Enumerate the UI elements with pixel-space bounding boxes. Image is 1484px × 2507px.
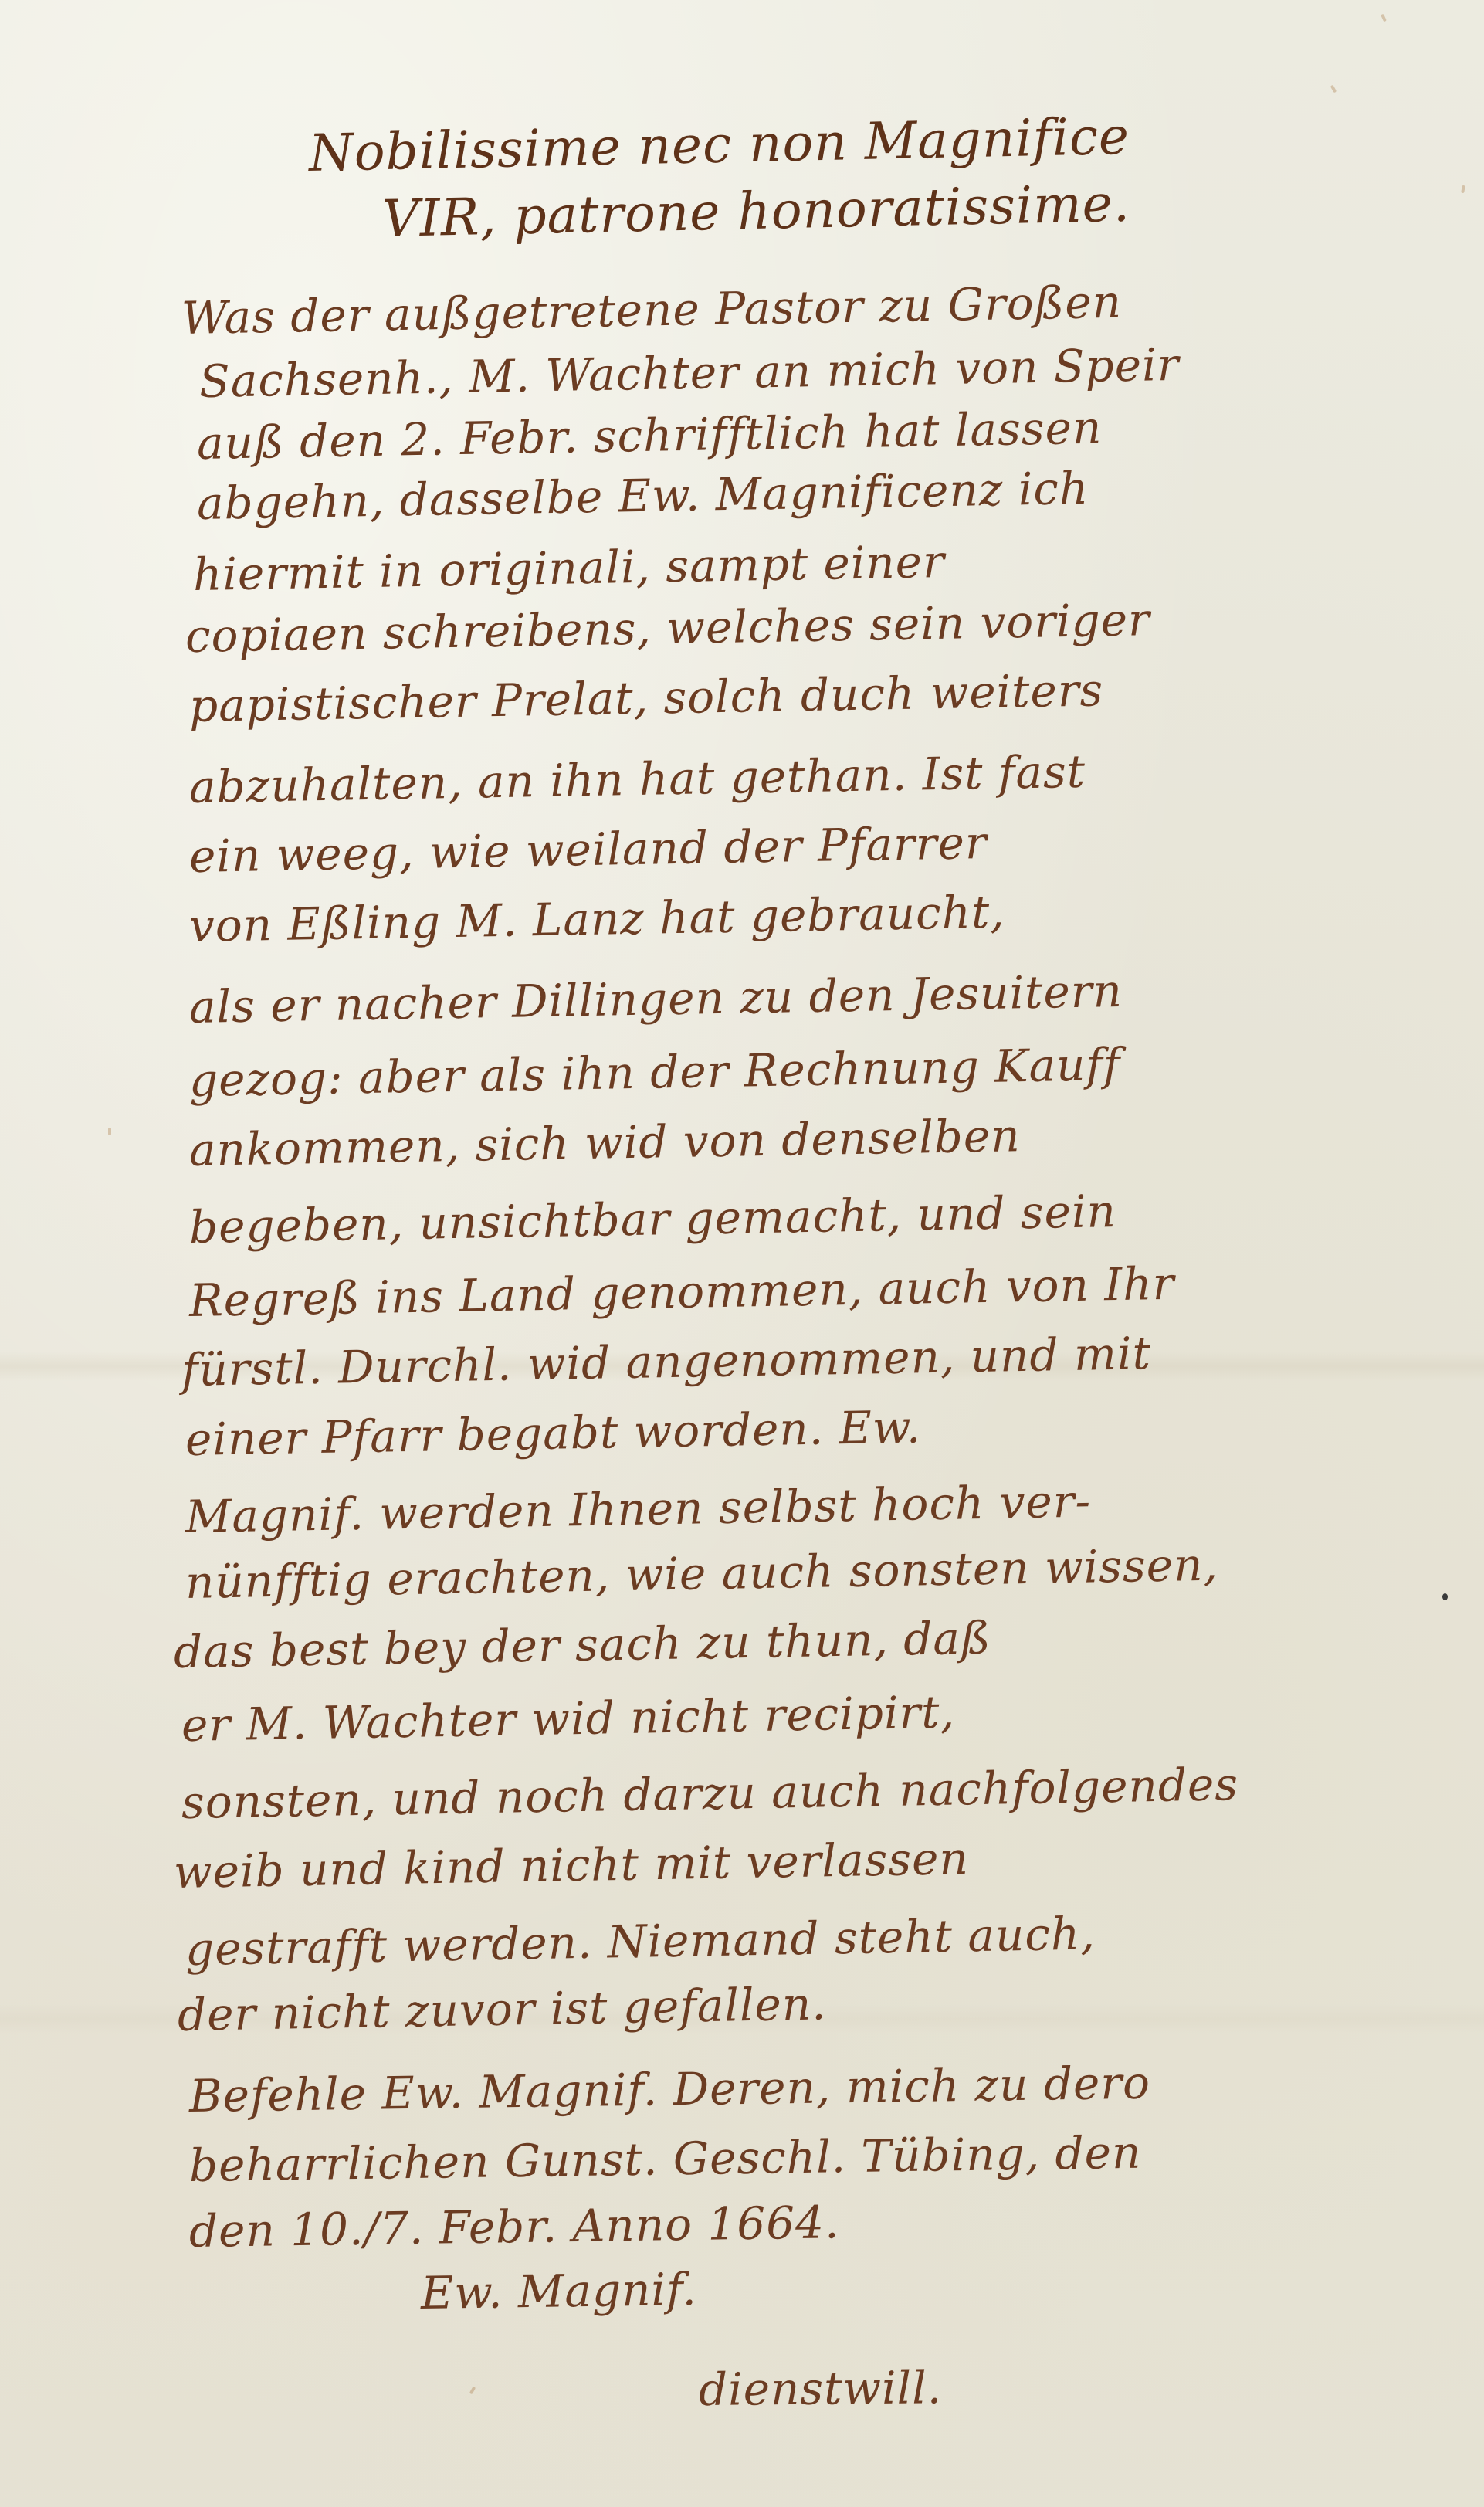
paper-fiber: [1461, 185, 1465, 194]
body-line: begeben, unsichtbar gemacht, und sein: [188, 1185, 1116, 1253]
body-line: papistischer Prelat, solch duch weiters: [188, 663, 1103, 732]
ink-blot: [1442, 1593, 1448, 1600]
body-line: Sachsenh., M. Wachter an mich von Speir: [198, 338, 1179, 408]
paper-fiber: [1381, 14, 1387, 22]
body-line: Was der außgetretene Pastor zu Großen: [181, 276, 1122, 344]
paper-fiber: [469, 2387, 476, 2395]
body-line: nünfftig erachten, wie auch sonsten wiss…: [185, 1538, 1218, 1609]
body-line: einer Pfarr begabt worden. Ew.: [185, 1400, 921, 1466]
body-line: fürstl. Durchl. wid angenommen, und mit: [181, 1327, 1151, 1396]
salutation-line-1: Nobilissime nec non Magnifice: [308, 107, 1130, 183]
body-line: auß den 2. Febr. schrifftlich hat lassen: [196, 402, 1102, 470]
body-line: gezog: aber als ihn der Rechnung Kauff: [188, 1038, 1121, 1107]
closing-line: Befehle Ew. Magnif. Deren, mich zu dero: [189, 2057, 1151, 2122]
paper-fiber: [108, 1128, 111, 1135]
body-line: weib und kind nicht mit verlassen: [173, 1832, 969, 1898]
body-line: von Eßling M. Lanz hat gebraucht,: [188, 886, 1005, 952]
body-line: ankommen, sich wid von denselben: [188, 1109, 1021, 1176]
body-line: abzuhalten, an ihn hat gethan. Ist fast: [188, 745, 1086, 813]
body-line: als er nacher Dillingen zu den Jesuitern: [188, 965, 1123, 1033]
signature: dienstwill.: [699, 2361, 943, 2416]
closing-line: den 10./7. Febr. Anno 1664.: [189, 2196, 840, 2258]
body-line: er M. Wachter wid nicht recipirt,: [181, 1686, 955, 1752]
paper-sheet: Nobilissime nec non Magnifice VIR, patro…: [0, 0, 1484, 2507]
body-line: abgehn, dasselbe Ew. Magnificenz ich: [196, 462, 1089, 530]
body-line: gestrafft werden. Niemand steht auch,: [185, 1907, 1096, 1976]
body-line: hiermit in originali, sampt einer: [192, 535, 945, 601]
body-line: Magnif. werden Ihnen selbst hoch ver-: [185, 1475, 1091, 1543]
salutation-line-2: VIR, patrone honoratissime.: [381, 174, 1130, 249]
closing-line: Ew. Magnif.: [421, 2263, 698, 2319]
body-line: das best bey der sach zu thun, daß: [173, 1612, 991, 1678]
paper-fiber: [1330, 85, 1337, 93]
body-line: ein weeg, wie weiland der Pfarrer: [188, 816, 988, 883]
body-line: sonsten, und noch darzu auch nachfolgend…: [181, 1758, 1238, 1829]
closing-line: beharrlichen Gunst. Geschl. Tübing, den: [189, 2126, 1142, 2192]
body-line: Regreß ins Land genommen, auch von Ihr: [188, 1257, 1174, 1327]
body-line: copiaen schreibens, welches sein voriger: [185, 593, 1150, 663]
